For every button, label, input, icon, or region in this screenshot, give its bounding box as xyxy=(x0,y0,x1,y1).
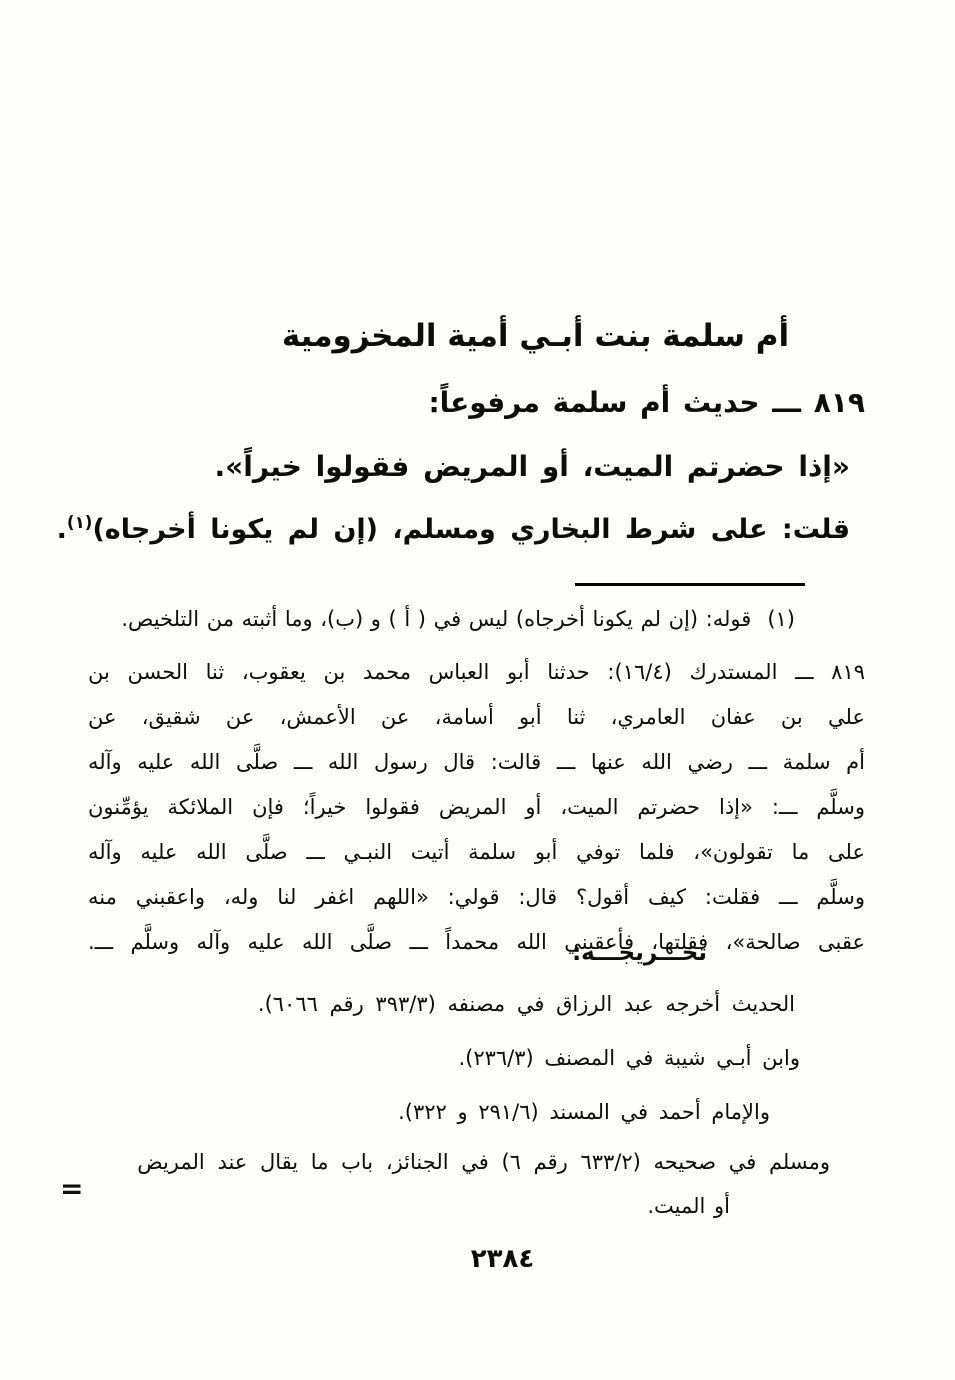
takhrij-source-ahmad: والإمام أحمد في المسند (٢٩١/٦ و ٣٢٢). xyxy=(398,1090,770,1134)
page-title: أم سلمة بنت أبـي أمية المخزومية xyxy=(148,318,923,354)
book-page: أم سلمة بنت أبـي أمية المخزومية ٨١٩ ـــ … xyxy=(0,0,955,1380)
takhrij-source-muslim-line1: ومسلم في صحيحه (٦٣٣/٢ رقم ٦) في الجنائز،… xyxy=(88,1140,830,1184)
entry-line: على ما تقولون»، فلما توفي أبو سلمة أتيت … xyxy=(88,830,865,875)
takhrij-source-ibn-abi-shayba: وابن أبـي شيبة في المصنف (٢٣٦/٣). xyxy=(458,1036,800,1080)
grading-period: . xyxy=(57,514,67,545)
entry-line: ٨١٩ ـــ المستدرك (١٦/٤): حدثنا أبو العبا… xyxy=(88,650,865,695)
entry-line: وسلَّم ـــ فقلت: كيف أقول؟ قال: قولي: «ا… xyxy=(88,875,865,920)
grading-text: قلت: على شرط البخاري ومسلم، (إن لم يكونا… xyxy=(92,514,850,545)
entry-line: أم سلمة ـــ رضي الله عنها ـــ قالت: قال … xyxy=(88,740,865,785)
author-grading-line: قلت: على شرط البخاري ومسلم، (إن لم يكونا… xyxy=(57,512,850,545)
footnote-1: (١) قوله: (إن لم يكونا أخرجاه) ليس في ( … xyxy=(121,598,795,640)
entry-line: علي بن عفان العامري، ثنا أبو أسامة، عن ا… xyxy=(88,695,865,740)
page-number: ٢٣٨٤ xyxy=(25,1244,955,1274)
takhrij-source-muslim-line2: أو الميت. xyxy=(88,1184,730,1228)
footnote-1-marker: (١) xyxy=(767,598,795,640)
entry-line: وسلَّم ـــ: «إذا حضرتم الميت، أو المريض … xyxy=(88,785,865,830)
footnote-divider xyxy=(575,583,805,586)
hadith-matn: «إذا حضرتم الميت، أو المريض فقولوا خيراً… xyxy=(215,450,850,483)
takhrij-source-muslim: ومسلم في صحيحه (٦٣٣/٢ رقم ٦) في الجنائز،… xyxy=(88,1140,830,1228)
hadith-takhrij-entry: ٨١٩ ـــ المستدرك (١٦/٤): حدثنا أبو العبا… xyxy=(88,650,865,965)
footnote-reference: (١) xyxy=(67,512,93,532)
hadith-number-heading: ٨١٩ ـــ حديث أم سلمة مرفوعاً: xyxy=(428,386,865,419)
continuation-marker: = xyxy=(60,1172,83,1205)
takhrij-source-abdulrazzaq: الحديث أخرجه عبد الرزاق في مصنفه (٣٩٣/٣ … xyxy=(258,982,795,1026)
footnote-1-text: قوله: (إن لم يكونا أخرجاه) ليس في ( أ ) … xyxy=(121,598,751,640)
takhrij-heading: تخـــريجـــه: xyxy=(572,940,707,966)
entry-line: عقبى صالحة»، فقلتها، فأعقبني الله محمداً… xyxy=(88,920,865,965)
